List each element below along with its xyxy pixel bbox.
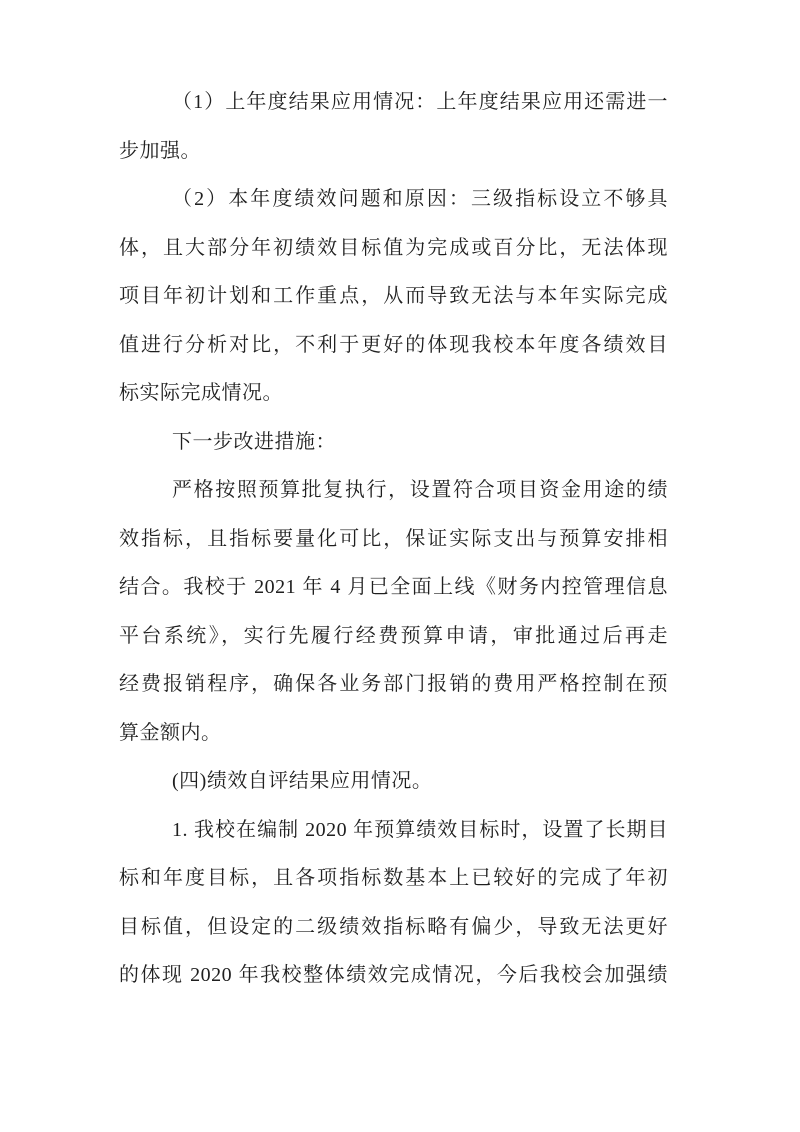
text-line: 严格按照预算批复执行，设置符合项目资金用途的绩 xyxy=(119,466,668,515)
text-line: （1）上年度结果应用情况：上年度结果应用还需进一 xyxy=(119,78,668,127)
paragraph-improvement-measures: 严格按照预算批复执行，设置符合项目资金用途的绩 效指标，且指标要量化可比，保证实… xyxy=(119,466,668,757)
paragraph-current-year-issues: （2）本年度绩效问题和原因：三级指标设立不够具 体，且大部分年初绩效目标值为完成… xyxy=(119,175,668,418)
text-line: 的体现 2020 年我校整体绩效完成情况，今后我校会加强绩 xyxy=(119,951,668,1000)
paragraph-self-evaluation-results: 1. 我校在编制 2020 年预算绩效目标时，设置了长期目 标和年度目标，且各项… xyxy=(119,806,668,1000)
text-line: 1. 我校在编制 2020 年预算绩效目标时，设置了长期目 xyxy=(119,806,668,855)
text-line: 平台系统》，实行先履行经费预算申请，审批通过后再走 xyxy=(119,612,668,661)
text-line: 算金额内。 xyxy=(119,709,668,758)
text-line: 体，且大部分年初绩效目标值为完成或百分比，无法体现 xyxy=(119,224,668,273)
text-line: 目标值，但设定的二级绩效指标略有偏少，导致无法更好 xyxy=(119,903,668,952)
text-line: 标和年度目标，且各项指标数基本上已较好的完成了年初 xyxy=(119,854,668,903)
text-line: 值进行分析对比，不利于更好的体现我校本年度各绩效目 xyxy=(119,321,668,370)
text-line: 结合。我校于 2021 年 4 月已全面上线《财务内控管理信息 xyxy=(119,563,668,612)
text-line: 步加强。 xyxy=(119,127,668,176)
paragraph-prior-year-results: （1）上年度结果应用情况：上年度结果应用还需进一 步加强。 xyxy=(119,78,668,175)
text-line: 下一步改进措施： xyxy=(119,418,668,467)
text-line: 经费报销程序，确保各业务部门报销的费用严格控制在预 xyxy=(119,660,668,709)
text-line: 项目年初计划和工作重点，从而导致无法与本年实际完成 xyxy=(119,272,668,321)
document-page: （1）上年度结果应用情况：上年度结果应用还需进一 步加强。 （2）本年度绩效问题… xyxy=(0,0,800,1132)
text-line: 标实际完成情况。 xyxy=(119,369,668,418)
text-line: （2）本年度绩效问题和原因：三级指标设立不够具 xyxy=(119,175,668,224)
text-line: 效指标，且指标要量化可比，保证实际支出与预算安排相 xyxy=(119,515,668,564)
text-line: (四)绩效自评结果应用情况。 xyxy=(119,757,668,806)
paragraph-section-four-heading: (四)绩效自评结果应用情况。 xyxy=(119,757,668,806)
paragraph-improvement-heading: 下一步改进措施： xyxy=(119,418,668,467)
